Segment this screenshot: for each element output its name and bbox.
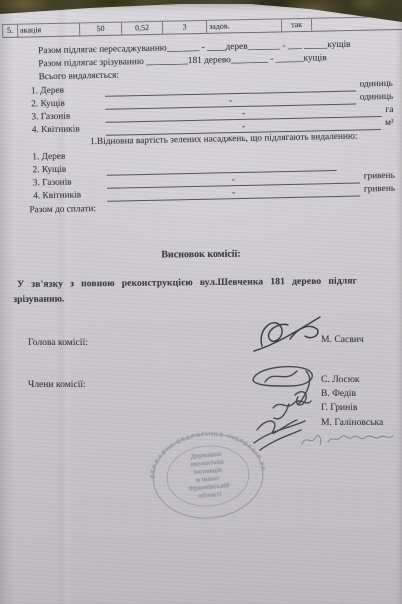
- table-cell-count: 3: [163, 21, 207, 34]
- member-name: В. Федів: [321, 387, 383, 401]
- head-of-commission-label: Голова комісії:: [28, 337, 88, 348]
- table-cell-age: 50: [80, 23, 122, 36]
- item-unit: м²: [381, 117, 394, 130]
- item-unit: одиниць: [355, 77, 393, 91]
- member-name: С. Лосюк: [321, 373, 383, 387]
- table-cell-number: 5.: [2, 25, 18, 37]
- official-stamp: ДЕРЖАВНА ЕКОЛОГІЧНА ІНСПЕКЦІЯ УКРАЇНИ Де…: [134, 422, 282, 529]
- document-paper: 5. акація 50 0,52 3 задов. так Разом під…: [0, 0, 402, 604]
- table-cell-species: акація: [18, 23, 80, 36]
- inventory-table-row: 5. акація 50 0,52 3 задов. так: [2, 16, 402, 38]
- table-cell-flag: так: [282, 19, 312, 32]
- table-cell-empty: [312, 17, 402, 31]
- member-names-list: С. Лосюк В. Федів Г. Гринів М. Галіновсь…: [321, 373, 383, 430]
- form-section: Разом підлягає пересаджуванню_______ - _…: [0, 38, 402, 219]
- conclusion-text: У зв'язку з повною реконструкцією вул.Ше…: [13, 273, 402, 307]
- head-of-commission-name: М. Сасвич: [321, 334, 364, 345]
- head-signature-scrawl: [248, 310, 328, 355]
- members-label: Члени комісії:: [28, 379, 86, 390]
- stamp-center-text: Державна екологічна інспекція в Івано- Ф…: [185, 450, 230, 500]
- table-cell-condition: задов.: [207, 19, 282, 33]
- item-unit: гривень: [360, 183, 395, 197]
- table-cell-diameter: 0,52: [122, 22, 163, 35]
- item-unit: одиниць: [356, 91, 394, 105]
- item-label: 4. Квітників: [33, 189, 107, 204]
- handwritten-signature: [298, 426, 398, 452]
- item-unit: га: [381, 104, 393, 117]
- item-unit: гривень: [360, 170, 395, 184]
- member-name: Г. Гринів: [321, 401, 383, 415]
- photo-background: 5. акація 50 0,52 3 задов. так Разом під…: [0, 0, 402, 604]
- conclusion-heading: Висновок комісії:: [0, 247, 402, 262]
